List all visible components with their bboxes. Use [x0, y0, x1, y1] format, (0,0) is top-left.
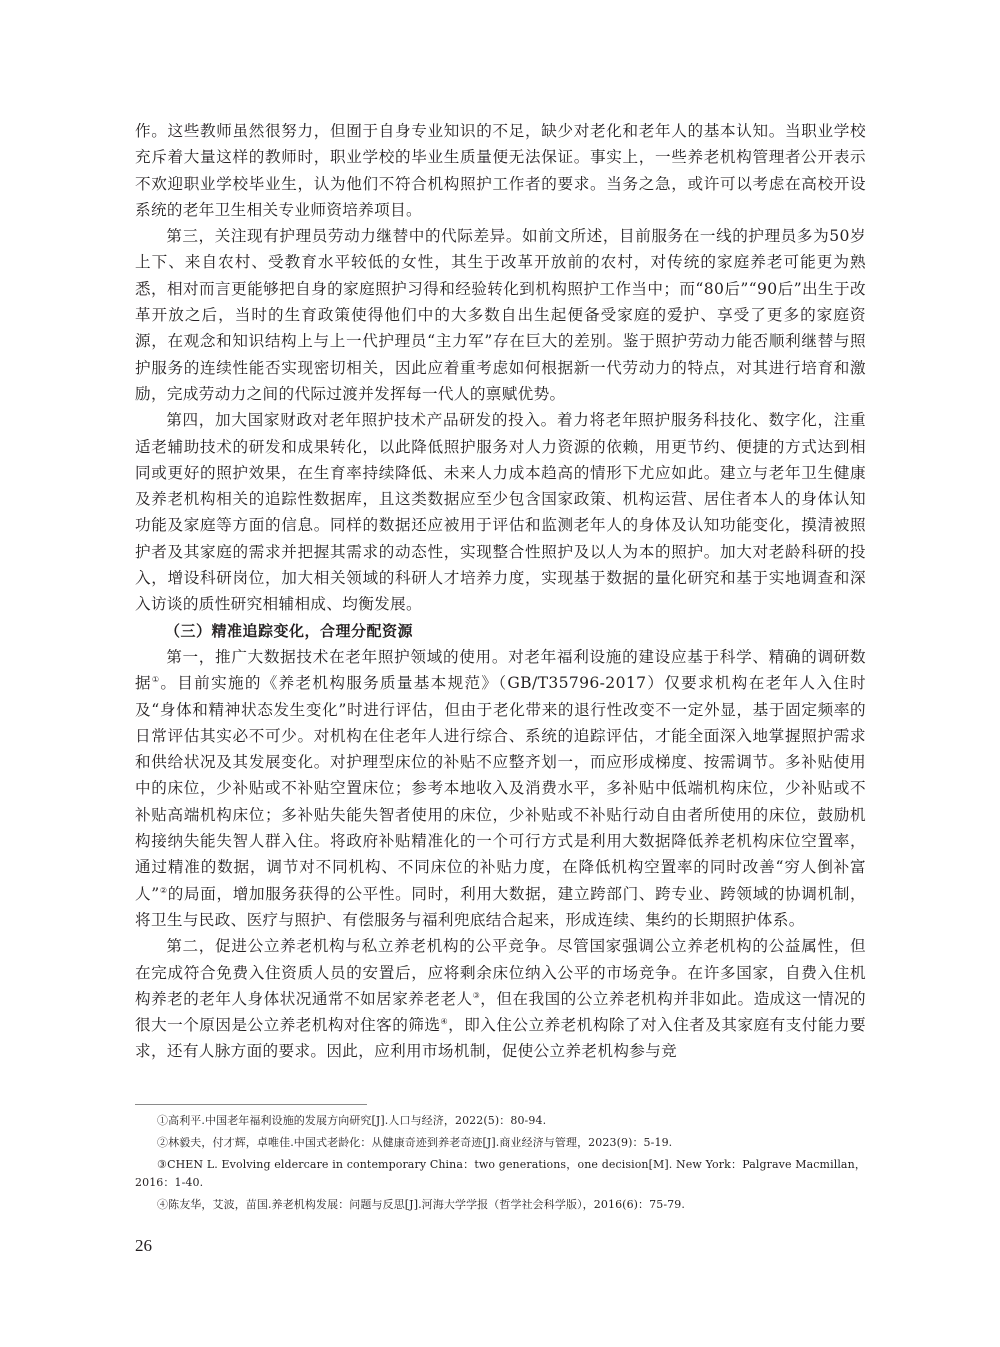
paragraph-second-point: 第二，促进公立养老机构与私立养老机构的公平竞争。尽管国家强调公立养老机构的公益属… [135, 933, 866, 1064]
footnotes: ①高利平.中国老年福利设施的发展方向研究[J].人口与经济，2022(5)：80… [135, 1112, 866, 1218]
footnote-1: ①高利平.中国老年福利设施的发展方向研究[J].人口与经济，2022(5)：80… [135, 1112, 866, 1130]
footnote-ref-2[interactable]: ② [160, 886, 168, 895]
paragraph-first-point: 第一，推广大数据技术在老年照护领域的使用。对老年福利设施的建设应基于科学、精确的… [135, 644, 866, 933]
text-run: 的局面，增加服务获得的公平性。同时，利用大数据，建立跨部门、跨专业、跨领域的协调… [135, 885, 866, 929]
footnote-divider [135, 1104, 367, 1105]
paragraph-third-point: 第三，关注现有护理员劳动力继替中的代际差异。如前文所述，目前服务在一线的护理员多… [135, 223, 866, 407]
paragraph-fourth-point: 第四，加大国家财政对老年照护技术产品研发的投入。着力将老年照护服务科技化、数字化… [135, 407, 866, 617]
page-number: 26 [135, 1236, 152, 1256]
footnote-ref-4[interactable]: ④ [440, 1017, 448, 1026]
paragraph-continuation: 作。这些教师虽然很努力，但囿于自身专业知识的不足，缺少对老化和老年人的基本认知。… [135, 118, 866, 223]
section-heading: （三）精准追踪变化，合理分配资源 [135, 618, 866, 644]
text-run: 。目前实施的《养老机构服务质量基本规范》（GB/T35796-2017）仅要求机… [135, 674, 866, 902]
article-body: 作。这些教师虽然很努力，但囿于自身专业知识的不足，缺少对老化和老年人的基本认知。… [135, 118, 866, 1065]
footnote-3: ③CHEN L. Evolving eldercare in contempor… [135, 1156, 866, 1192]
footnote-2: ②林毅夫，付才辉，卓唯佳.中国式老龄化：从健康奇迹到养老奇迹[J].商业经济与管… [135, 1134, 866, 1152]
footnote-4: ④陈友华，艾波，苗国.养老机构发展：问题与反思[J].河海大学学报（哲学社会科学… [135, 1196, 866, 1214]
